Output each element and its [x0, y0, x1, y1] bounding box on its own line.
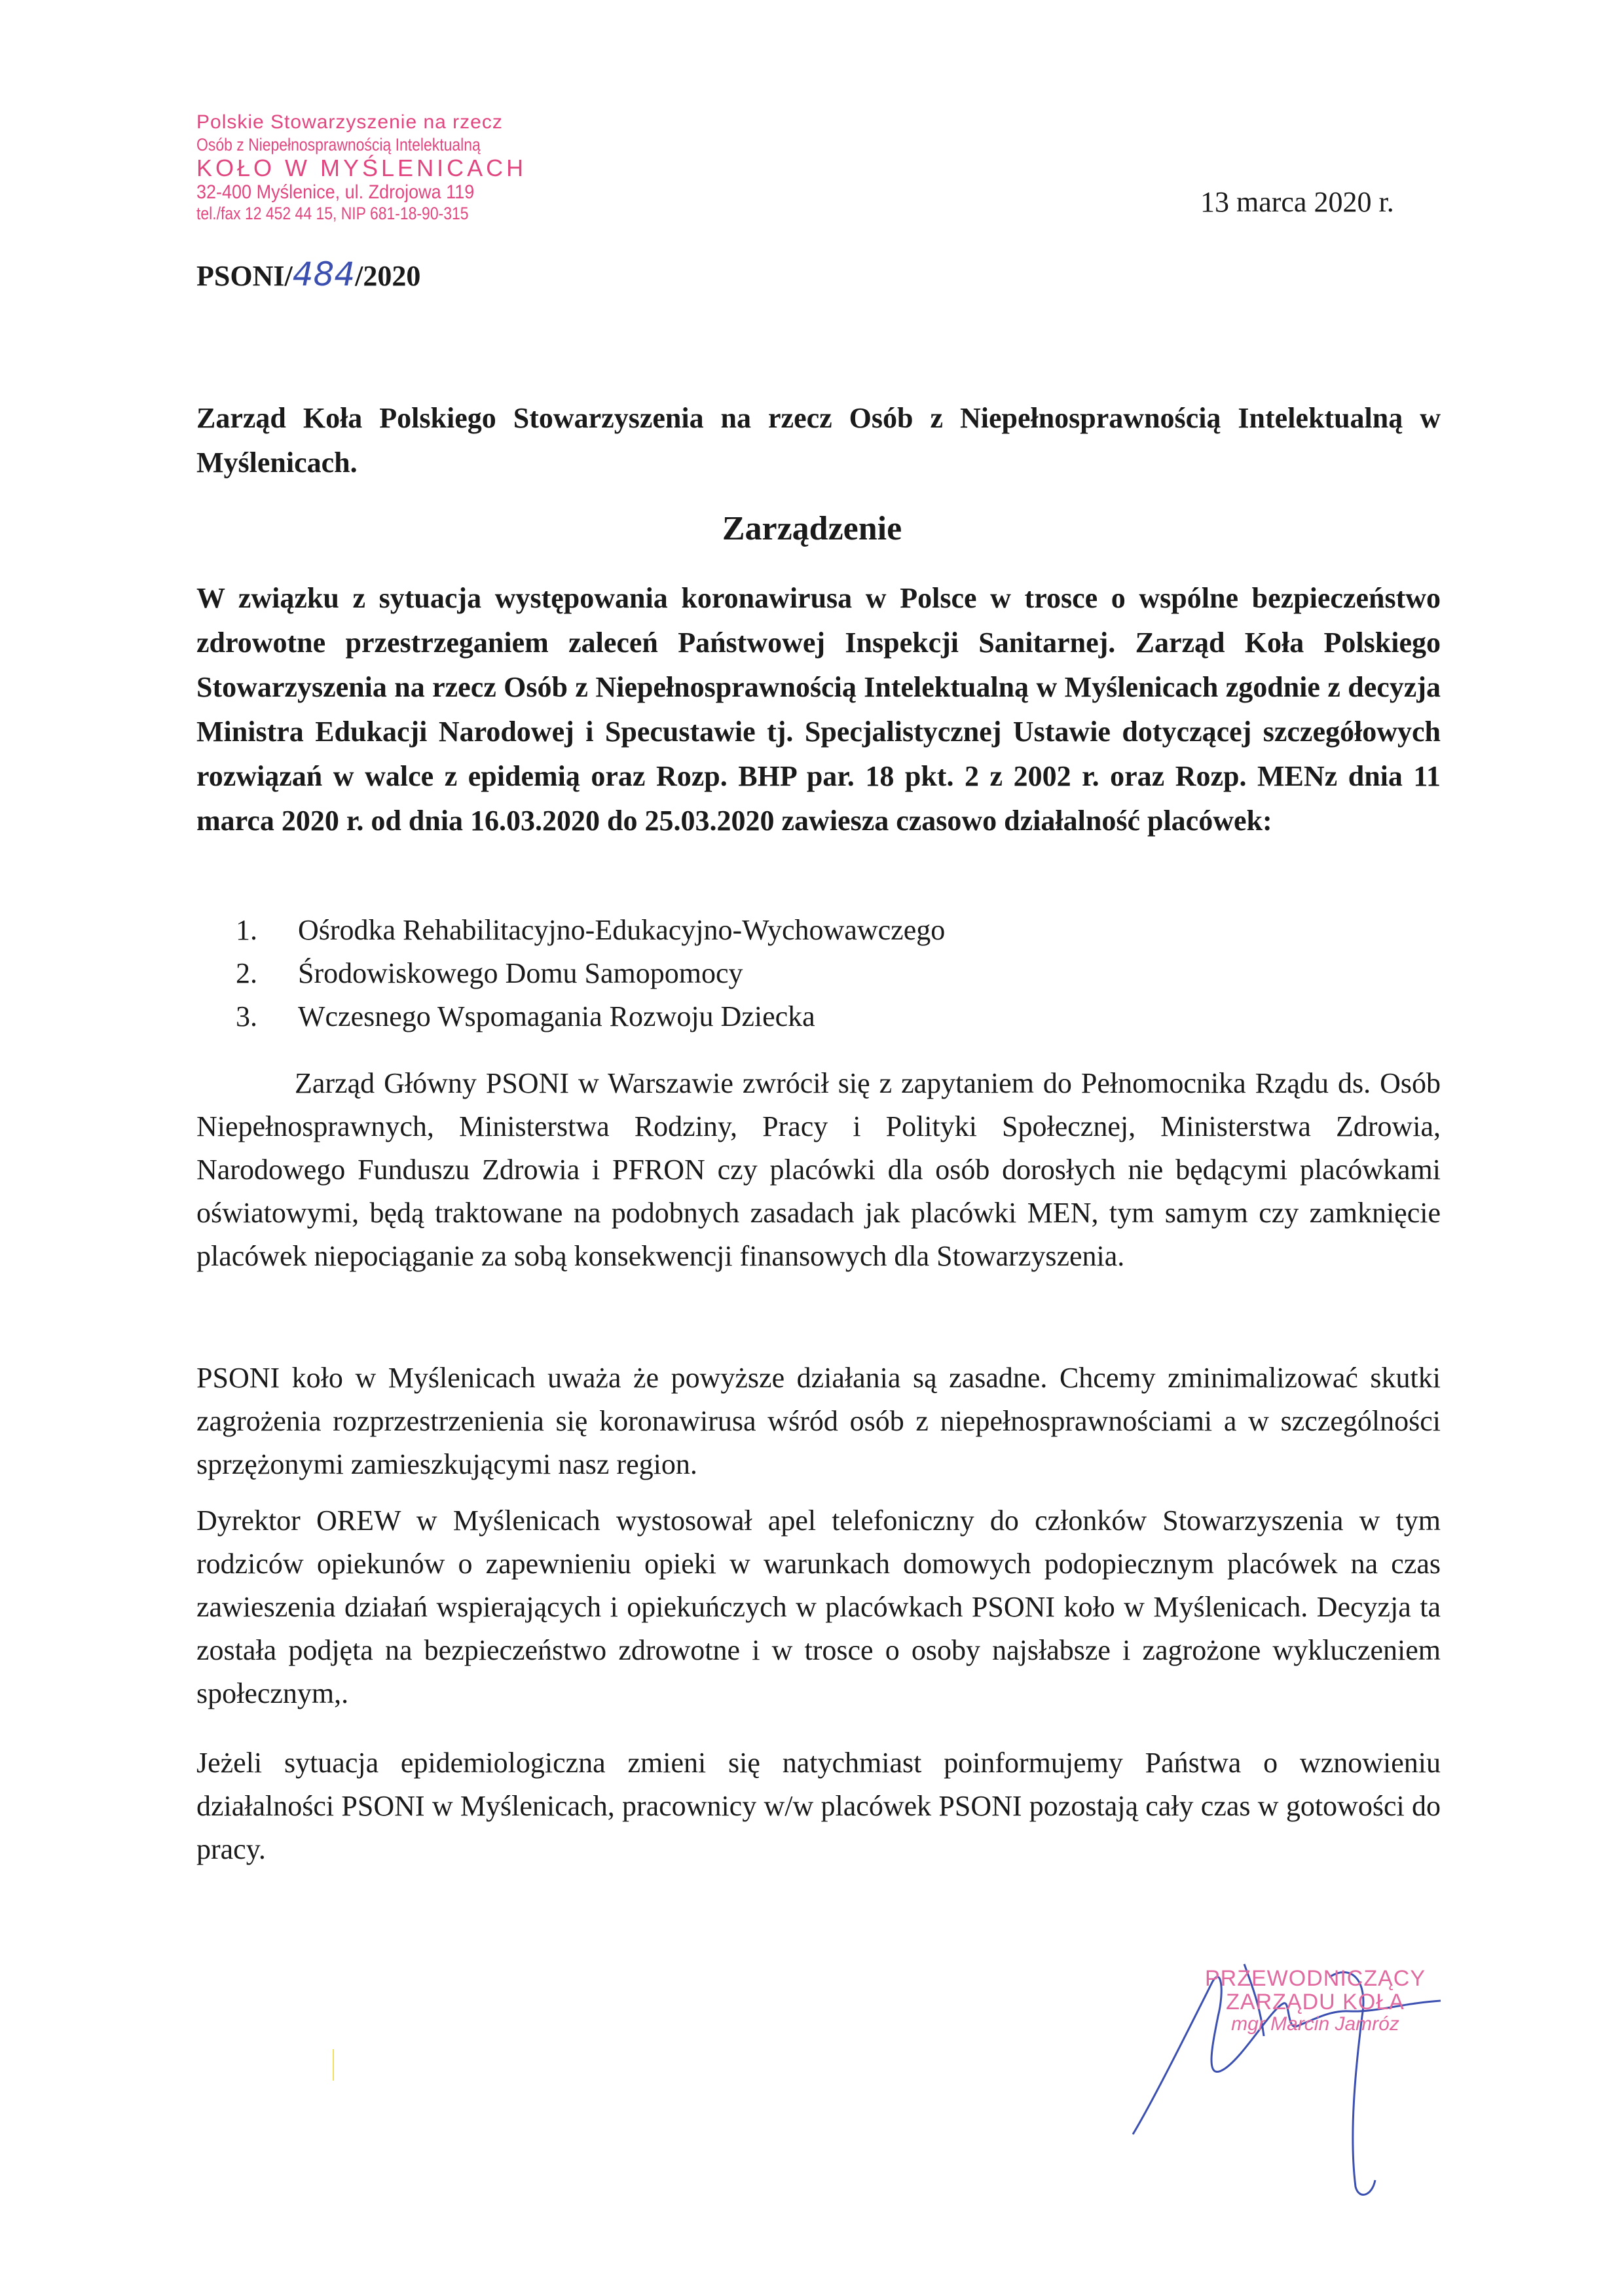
- signature-stamp-body: ZARZĄDU KOŁA: [1205, 1991, 1426, 2014]
- document-title: Zarządzenie: [0, 509, 1624, 548]
- signature-stamp-title: PRZEWODNICZĄCY: [1205, 1967, 1426, 1991]
- paragraph-director-appeal: Dyrektor OREW w Myślenicach wystosował a…: [196, 1499, 1441, 1715]
- stamp-contact: tel./fax 12 452 44 15, NIP 681-18-90-315: [196, 205, 530, 223]
- addressee: Zarząd Koła Polskiego Stowarzyszenia na …: [196, 396, 1441, 485]
- reference-number: PSONI/484/2020: [196, 255, 420, 293]
- list-item: 1.Ośrodka Rehabilitacyjno-Edukacyjno-Wyc…: [236, 909, 945, 952]
- ref-handwritten-number: 484: [293, 255, 355, 293]
- facility-list: 1.Ośrodka Rehabilitacyjno-Edukacyjno-Wyc…: [236, 909, 945, 1038]
- stamp-line-1: Polskie Stowarzyszenie na rzecz: [196, 113, 589, 132]
- signature-stamp-name: mgr Marcin Jamróz: [1205, 2014, 1426, 2035]
- list-item: 3.Wczesnego Wspomagania Rozwoju Dziecka: [236, 995, 945, 1038]
- paragraph-inquiry: Zarząd Główny PSONI w Warszawie zwrócił …: [196, 1062, 1441, 1278]
- ref-suffix: /2020: [355, 260, 420, 292]
- ref-prefix: PSONI/: [196, 260, 293, 292]
- document-date: 13 marca 2020 r.: [1200, 185, 1394, 219]
- signature-stamp: PRZEWODNICZĄCY ZARZĄDU KOŁA mgr Marcin J…: [1205, 1967, 1426, 2035]
- paragraph-resumption: Jeżeli sytuacja epidemiologiczna zmieni …: [196, 1741, 1441, 1871]
- paragraph-position: PSONI koło w Myślenicach uważa że powyżs…: [196, 1357, 1441, 1486]
- organization-stamp: Polskie Stowarzyszenie na rzecz Osób z N…: [196, 113, 589, 223]
- intro-paragraph: W związku z sytuacja występowania korona…: [196, 576, 1441, 843]
- stamp-line-2: Osób z Niepełnosprawnością Intelektualną: [196, 136, 530, 154]
- scan-artifact-mark: [333, 2049, 334, 2081]
- stamp-line-3: KOŁO W MYŚLENICACH: [196, 156, 589, 180]
- list-item: 2.Środowiskowego Domu Samopomocy: [236, 952, 945, 995]
- stamp-address: 32-400 Myślenice, ul. Zdrojowa 119: [196, 183, 550, 202]
